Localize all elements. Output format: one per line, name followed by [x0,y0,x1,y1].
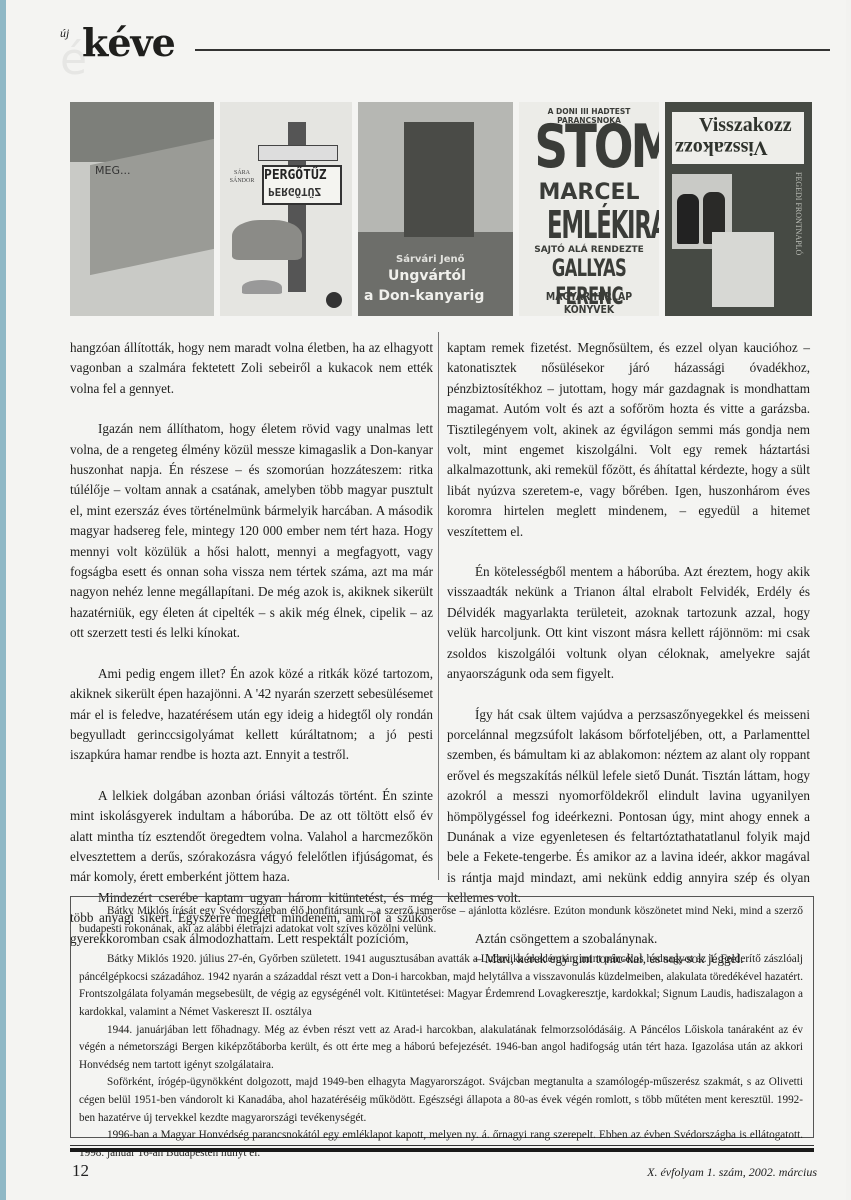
cover-title-emlekiratok: EMLÉKIRATOK [547,205,631,245]
paragraph: A lelkiek dolgában azonban óriási változ… [70,786,433,888]
paragraph: Így hát csak ültem vajúdva a perzsaszőny… [447,705,810,909]
book-cover-map: MEG... [70,102,214,316]
cover-text: MEG... [95,164,130,177]
paragraph: Ami pedig engem illet? Én azok közé a ri… [70,664,433,766]
article-column-right: kaptam remek fizetést. Megnősültem, és e… [447,338,810,969]
cover-title-marcel: MARCEL [519,182,659,204]
cover-author: Sárvári Jenő [396,254,464,265]
cover-publisher: MAGYAR HÍRLAP KÖNYVEK [530,290,649,316]
book-cover-pergotuz: PERGŐTŰZ PERGŐTŰZ SÁRA SÁNDOR [220,102,352,316]
book-cover-stomm: A DONI III HADTEST PARANCSNOKA STOMM MAR… [519,102,659,316]
cover-title-line1: Ungvártól [388,268,466,284]
logo-title: kéve [82,20,175,65]
footer-rule-thick [70,1148,814,1152]
cover-title-inverted: Visszakozz [675,136,768,159]
page-number: 12 [72,1161,89,1181]
note-paragraph: Bátky Miklós írását egy Svédországban él… [79,903,803,938]
footer-rule-thin [70,1145,814,1146]
cover-title-line2: a Don-kanyarig [364,288,484,304]
paragraph: Igazán nem állíthatom, hogy életem rövid… [70,419,433,643]
cover-photo-soldiers-inverted [712,232,774,307]
helmet-illustration [242,280,282,294]
article-column-left: hangzóan állították, hogy nem maradt vol… [70,338,433,949]
sign-board-top [258,145,338,161]
logo-prefix: új [60,26,69,41]
cover-title-mirror: PERGŐTŰZ [268,185,321,198]
cover-side-text: FEGEDI FRONTNAPLÓ [789,172,803,308]
publisher-logo-icon [326,292,342,308]
paragraph: Én kötelességből mentem a háborúba. Azt … [447,562,810,684]
cover-author: SÁRA SÁNDOR [224,169,260,185]
cover-title-stomm: STOMM [534,116,643,178]
masthead: é új kéve [60,22,830,72]
header-rule [195,49,830,51]
soldier-figure [677,194,699,244]
cover-title: PERGŐTŰZ [264,168,327,183]
book-cover-ungvartol: Sárvári Jenő Ungvártól a Don-kanyarig [358,102,513,316]
paragraph: kaptam remek fizetést. Megnősültem, és e… [447,338,810,542]
note-paragraph: 1944. januárjában lett főhadnagy. Még az… [79,1022,803,1075]
note-paragraph: Soförként, írógép-ügynökként dolgozott, … [79,1074,803,1127]
monument-illustration [404,122,474,237]
note-paragraph: Bátky Miklós 1920. július 27-én, Győrben… [79,951,803,1021]
paragraph: hangzóan állították, hogy nem maradt vol… [70,338,433,399]
book-covers-strip: MEG... PERGŐTŰZ PERGŐTŰZ SÁRA SÁNDOR Sár… [70,102,812,316]
horses-illustration [232,220,302,260]
cover-title: Visszakozz [699,114,792,137]
author-bio-box: Bátky Miklós írását egy Svédországban él… [70,896,814,1138]
book-cover-visszakozz: Visszakozz Visszakozz FEGEDI FRONTNAPLÓ [665,102,812,316]
issue-info: X. évfolyam 1. szám, 2002. március [647,1165,817,1180]
column-divider [438,332,439,880]
